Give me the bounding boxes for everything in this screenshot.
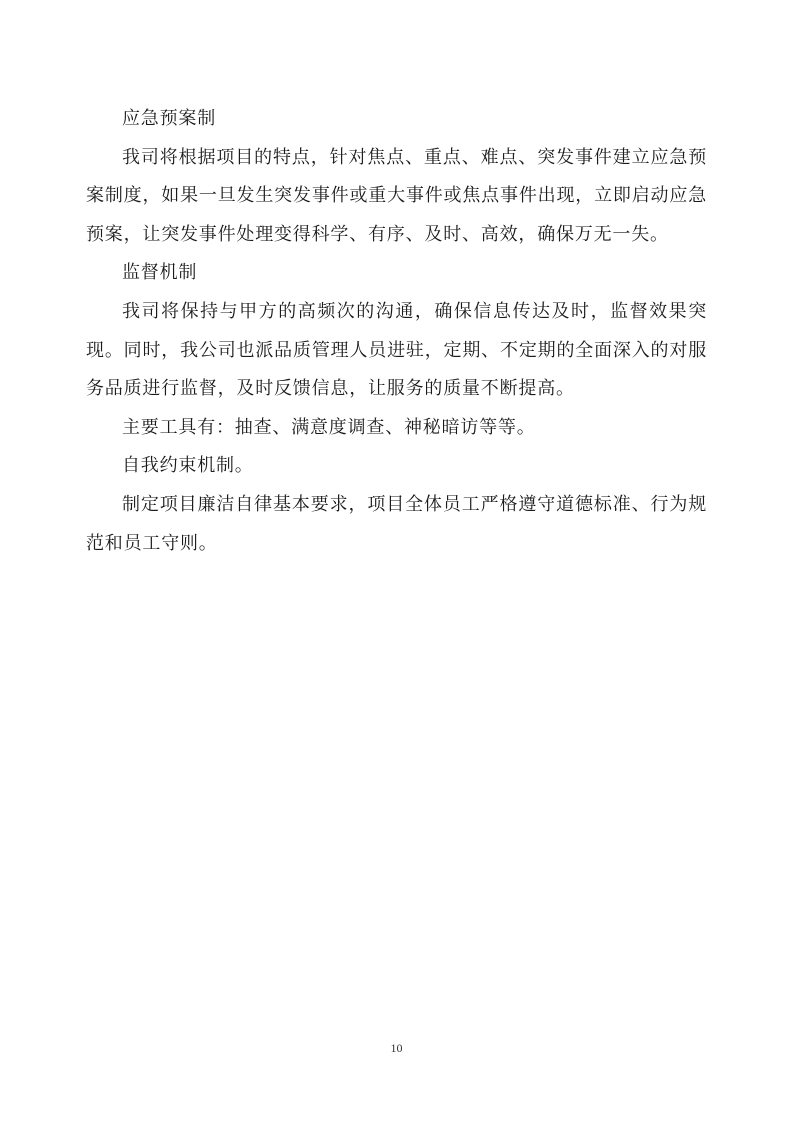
paragraph-main-tools: 主要工具有：抽查、满意度调查、神秘暗访等等。 — [86, 409, 707, 448]
heading-emergency-plan: 应急预案制 — [86, 100, 707, 139]
page-number: 10 — [0, 1041, 793, 1056]
paragraph-supervision: 我司将保持与甲方的高频次的沟通，确保信息传达及时，监督效果突现。同时，我公司也派… — [86, 293, 707, 409]
paragraph-self-discipline: 制定项目廉洁自律基本要求，项目全体员工严格遵守道德标准、行为规范和员工守则。 — [86, 486, 707, 563]
heading-self-discipline: 自我约束机制。 — [86, 447, 707, 486]
document-page-body: 应急预案制 我司将根据项目的特点，针对焦点、重点、难点、突发事件建立应急预案制度… — [86, 100, 707, 563]
heading-supervision: 监督机制 — [86, 254, 707, 293]
paragraph-emergency-plan: 我司将根据项目的特点，针对焦点、重点、难点、突发事件建立应急预案制度，如果一旦发… — [86, 139, 707, 255]
